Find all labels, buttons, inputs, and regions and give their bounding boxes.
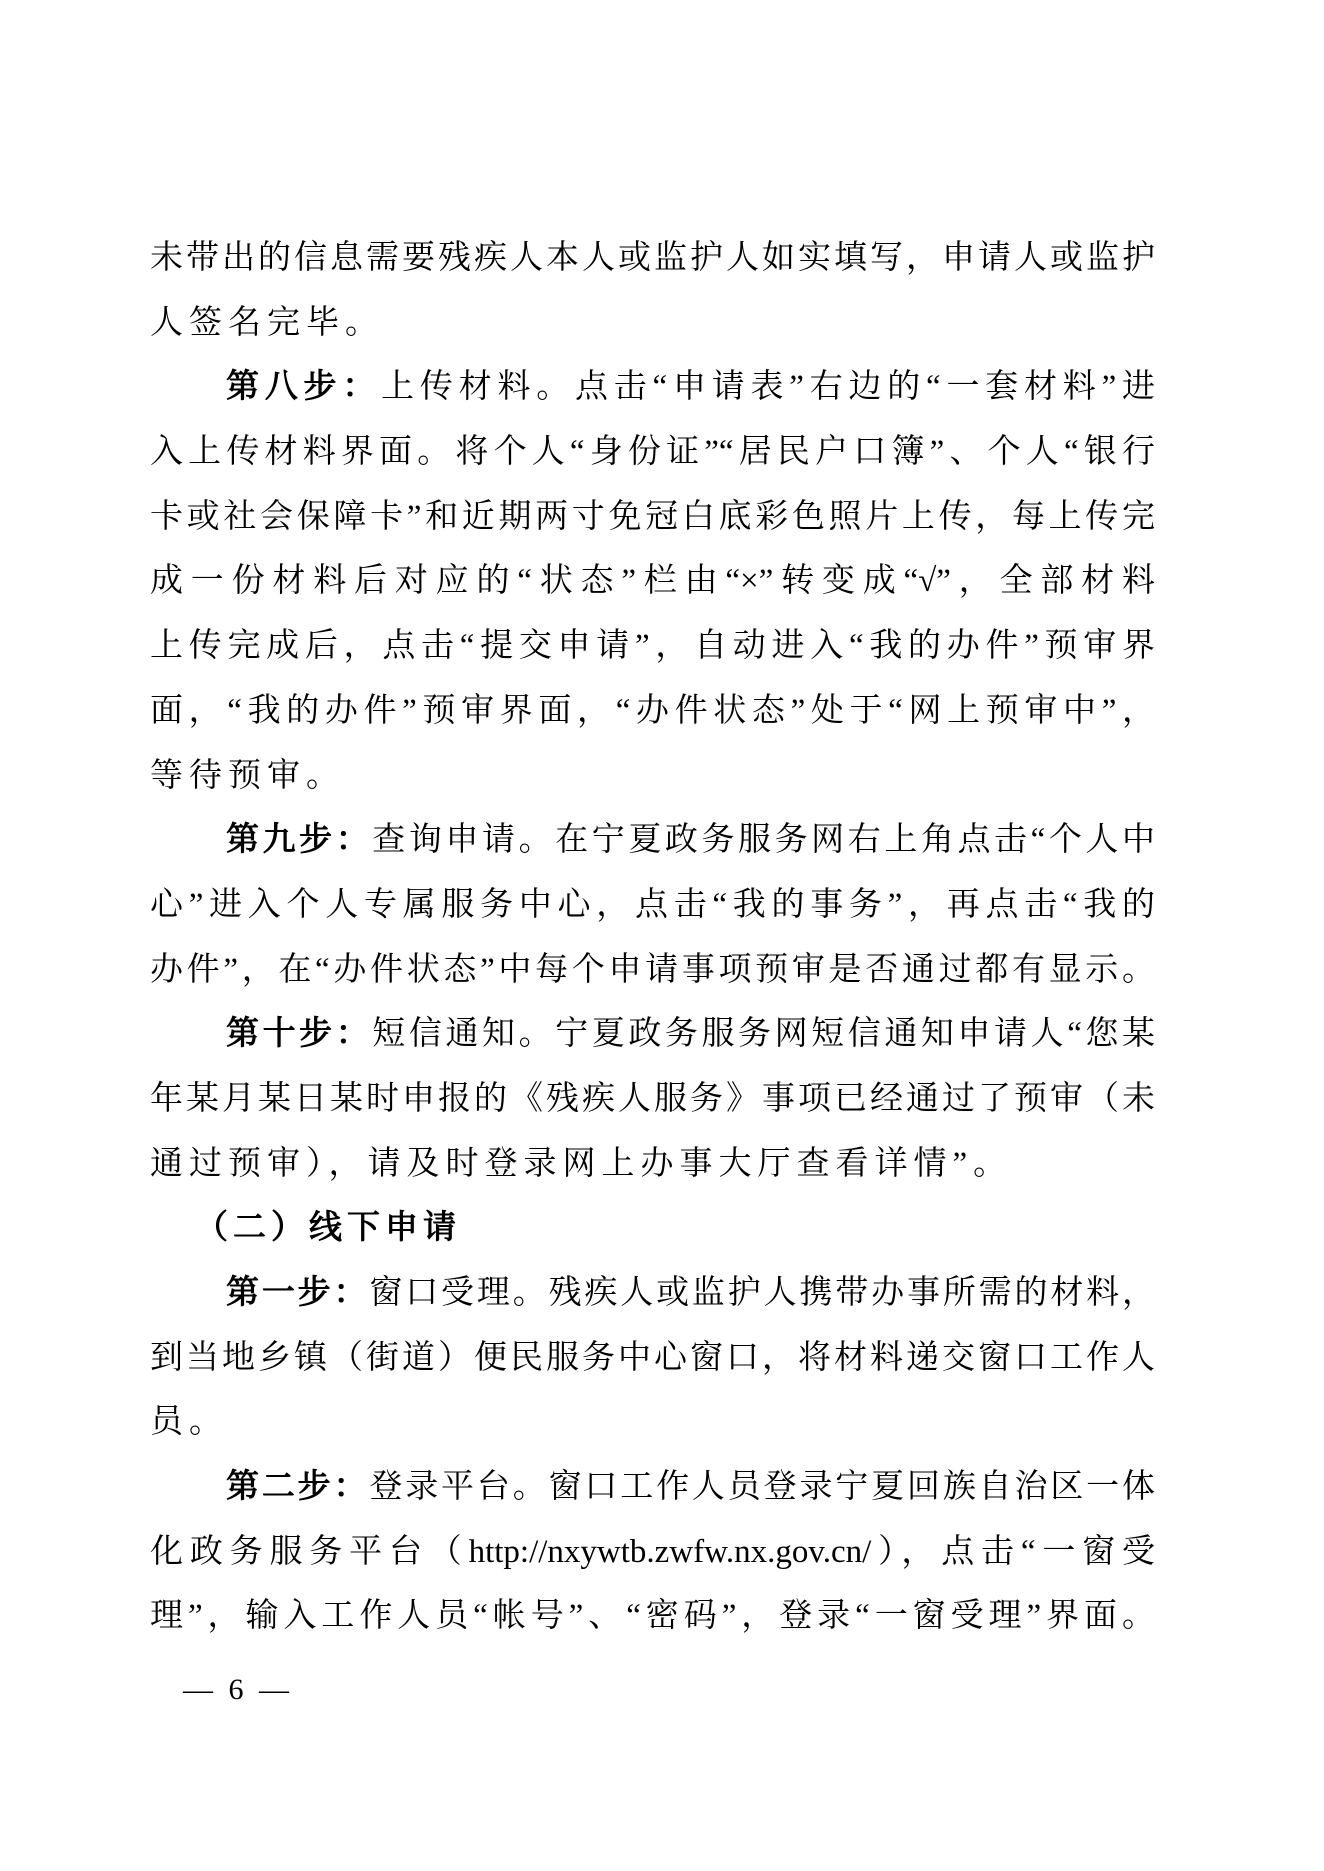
section-heading: （二）线下申请 — [150, 1196, 1155, 1261]
text-line: 第十步：短信通知。宁夏政务服务网短信通知申请人“您某 — [150, 1002, 1155, 1067]
line-text: 未带出的信息需要残疾人本人或监护人如实填写，申请人或监护 — [150, 240, 1155, 276]
line-text: 上传材料。点击“申请表”右边的“一套材料”进 — [381, 369, 1155, 405]
line-text: 年某月某日某时申报的《残疾人服务》事项已经通过了预审（未 — [150, 1081, 1155, 1117]
page-number: — 6 — — [183, 1670, 293, 1710]
line-text: 到当地乡镇（街道）便民服务中心窗口，将材料递交窗口工作人 — [150, 1340, 1155, 1376]
text-line: 第二步：登录平台。窗口工作人员登录宁夏回族自治区一体 — [150, 1455, 1155, 1520]
text-line: 入上传材料界面。将个人“身份证”“居民户口簿”、个人“银行 — [150, 420, 1155, 485]
line-text: 上传完成后，点击“提交申请”，自动进入“我的办件”预审界 — [150, 628, 1155, 664]
text-line: 人签名完毕。 — [150, 291, 1155, 356]
text-line: 第一步：窗口受理。残疾人或监护人携带办事所需的材料， — [150, 1261, 1155, 1326]
line-text: 面，“我的办件”预审界面，“办件状态”处于“网上预审中”， — [150, 693, 1155, 729]
line-text: 入上传材料界面。将个人“身份证”“居民户口簿”、个人“银行 — [150, 434, 1155, 470]
line-text: 窗口受理。残疾人或监护人携带办事所需的材料， — [369, 1275, 1155, 1311]
step-label: 第二步： — [226, 1469, 369, 1505]
line-text: 人签名完毕。 — [150, 305, 384, 341]
text-line: 第八步：上传材料。点击“申请表”右边的“一套材料”进 — [150, 355, 1155, 420]
line-text: 登录平台。窗口工作人员登录宁夏回族自治区一体 — [369, 1469, 1155, 1505]
text-line: 理”，输入工作人员“帐号”、“密码”，登录“一窗受理”界面。 — [150, 1584, 1155, 1649]
text-line: 年某月某日某时申报的《残疾人服务》事项已经通过了预审（未 — [150, 1067, 1155, 1132]
text-line: 上传完成后，点击“提交申请”，自动进入“我的办件”预审界 — [150, 614, 1155, 679]
heading-text: （二）线下申请 — [195, 1210, 461, 1246]
line-text: 理”，输入工作人员“帐号”、“密码”，登录“一窗受理”界面。 — [150, 1598, 1155, 1634]
line-text: 化政务服务平台（http://nxywtb.zwfw.nx.gov.cn/），点… — [150, 1534, 1155, 1570]
line-text: 员。 — [150, 1404, 228, 1440]
text-line: 面，“我的办件”预审界面，“办件状态”处于“网上预审中”， — [150, 679, 1155, 744]
line-text: 卡或社会保障卡”和近期两寸免冠白底彩色照片上传，每上传完 — [150, 499, 1155, 535]
step-label: 第九步： — [226, 822, 372, 858]
line-text: 等待预审。 — [150, 758, 345, 794]
text-line: 未带出的信息需要残疾人本人或监护人如实填写，申请人或监护 — [150, 226, 1155, 291]
step-label: 第十步： — [226, 1016, 372, 1052]
line-text: 短信通知。宁夏政务服务网短信通知申请人“您某 — [372, 1016, 1155, 1052]
text-line: 等待预审。 — [150, 744, 1155, 809]
text-line: 卡或社会保障卡”和近期两寸免冠白底彩色照片上传，每上传完 — [150, 485, 1155, 550]
text-line: 通过预审），请及时登录网上办事大厅查看详情”。 — [150, 1132, 1155, 1197]
text-line: 成一份材料后对应的“状态”栏由“×”转变成“√”，全部材料 — [150, 549, 1155, 614]
document-page: 未带出的信息需要残疾人本人或监护人如实填写，申请人或监护 人签名完毕。 第八步：… — [0, 0, 1324, 1871]
line-text: 成一份材料后对应的“状态”栏由“×”转变成“√”，全部材料 — [150, 563, 1155, 599]
line-text: 查询申请。在宁夏政务服务网右上角点击“个人中 — [372, 822, 1155, 858]
step-label: 第八步： — [226, 369, 381, 405]
text-line: 到当地乡镇（街道）便民服务中心窗口，将材料递交窗口工作人 — [150, 1326, 1155, 1391]
line-text: 通过预审），请及时登录网上办事大厅查看详情”。 — [150, 1146, 1012, 1182]
step-label: 第一步： — [226, 1275, 369, 1311]
text-line: 第九步：查询申请。在宁夏政务服务网右上角点击“个人中 — [150, 808, 1155, 873]
text-line: 心”进入个人专属服务中心，点击“我的事务”，再点击“我的 — [150, 873, 1155, 938]
text-line: 员。 — [150, 1390, 1155, 1455]
line-text: 办件”，在“办件状态”中每个申请事项预审是否通过都有显示。 — [150, 952, 1155, 988]
text-line: 化政务服务平台（http://nxywtb.zwfw.nx.gov.cn/），点… — [150, 1520, 1155, 1585]
line-text: 心”进入个人专属服务中心，点击“我的事务”，再点击“我的 — [150, 887, 1155, 923]
text-line: 办件”，在“办件状态”中每个申请事项预审是否通过都有显示。 — [150, 938, 1155, 1003]
document-body: 未带出的信息需要残疾人本人或监护人如实填写，申请人或监护 人签名完毕。 第八步：… — [150, 226, 1155, 1649]
